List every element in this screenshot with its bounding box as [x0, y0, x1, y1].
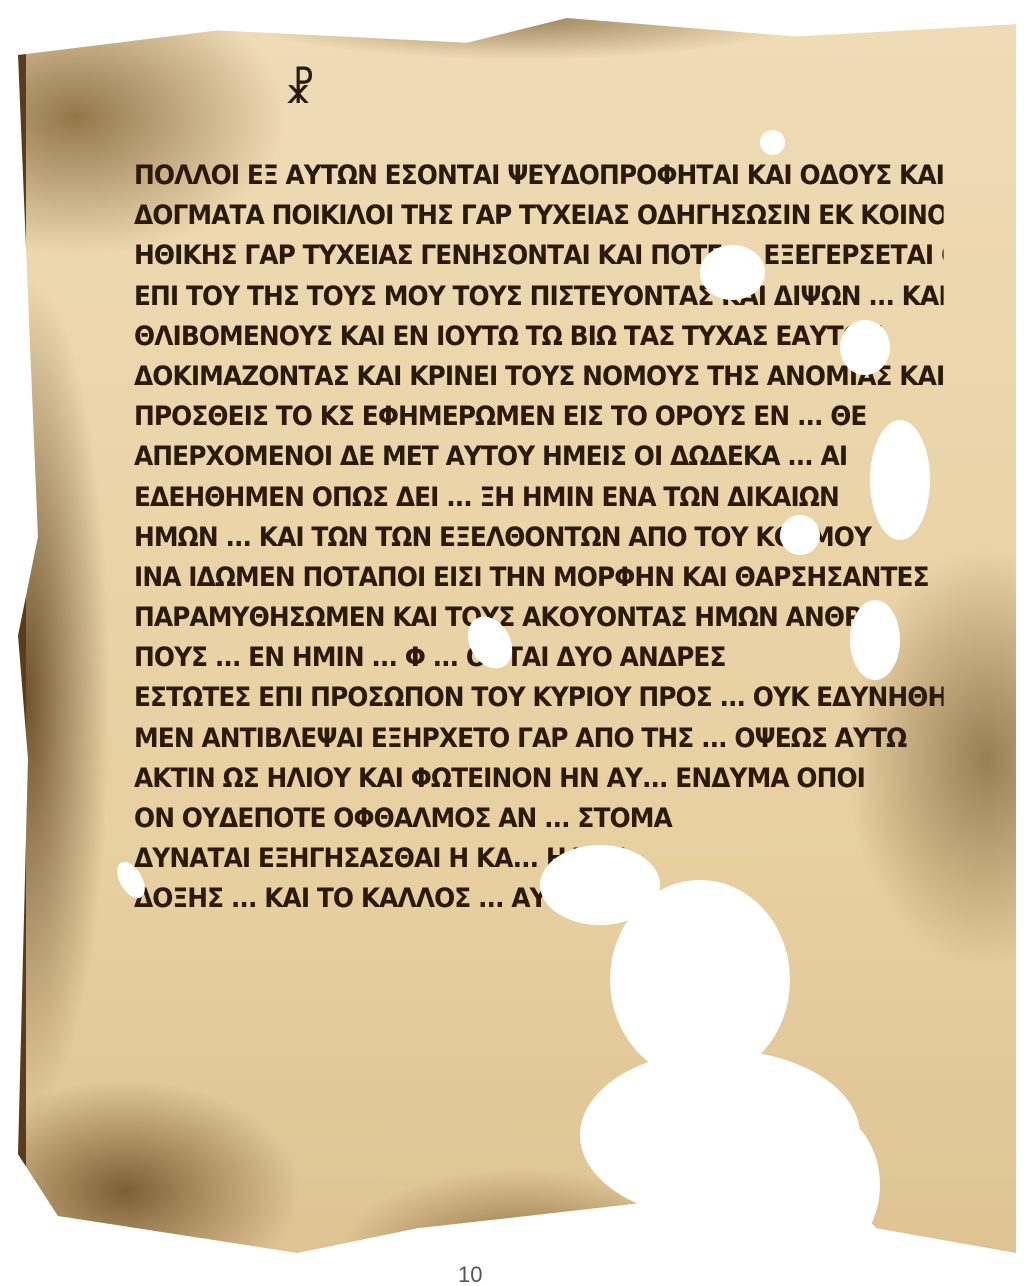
damage-hole — [700, 245, 765, 300]
text-line: ΗΜΩΝ ... ΚΑΙ ΤΩΝ ΤΩΝ ΕΞΕΛΘΟΝΤΩΝ ΑΠΟ ΤΟΥ … — [134, 518, 944, 558]
text-block: ΠΟΛΛΟΙ ΕΞ ΑΥΤΩΝ ΕΣΟΝΤΑΙ ΨΕΥΔΟΠΡΟΦΗΤΑΙ ΚΑ… — [134, 156, 1014, 920]
damage-hole — [840, 320, 890, 375]
damage-hole — [780, 515, 820, 555]
text-line: ΑΚΤΙΝ ΩΣ ΗΛΙΟΥ ΚΑΙ ΦΩΤΕΙΝΟΝ ΗΝ ΑΥ... ΕΝΔ… — [134, 759, 944, 799]
text-line: ΔΥΝΑΤΑΙ ΕΞΗΓΗΣΑΣΘΑΙ Η ΚΑ... Η ΤΗΣ — [134, 839, 944, 879]
text-line: ΔΟΞΗΣ ... ΚΑΙ ΤΟ ΚΑΛΛΟΣ ... ΑΥΤΩΝ — [134, 879, 944, 919]
text-line: ΔΟΚΙΜΑΖΟΝΤΑΣ ΚΑΙ ΚΡΙΝΕΙ ΤΟΥΣ ΝΟΜΟΥΣ ΤΗΣ … — [134, 357, 944, 397]
text-line: ΕΠΙ ΤΟΥ ΤΗΣ ΤΟΥΣ ΜΟΥ ΤΟΥΣ ΠΙΣΤΕΥΟΝΤΑΣ ΚΑ… — [134, 277, 944, 317]
damage-hole — [760, 130, 785, 155]
cross-icon: ☧ — [284, 70, 315, 110]
text-line: ΘΛΙΒΟΜΕΝΟΥΣ ΚΑΙ ΕΝ ΙΟΥΤΩ ΤΩ ΒΙΩ ΤΑΣ ΤΥΧΑ… — [134, 317, 944, 357]
page-number: 10 — [458, 1262, 482, 1286]
text-line: ΕΣΤΩΤΕΣ ΕΠΙ ΠΡΟΣΩΠΟΝ ΤΟΥ ΚΥΡΙΟΥ ΠΡΟΣ ...… — [134, 678, 944, 718]
text-line: ΟΝ ΟΥΔΕΠΟΤΕ ΟΦΘΑΛΜΟΣ ΑΝ ... ΣΤΟΜΑ — [134, 799, 944, 839]
text-line: ΠΡΟΣΘΕΙΣ ΤΟ ΚΣ ΕΦΗΜΕΡΩΜΕΝ ΕΙΣ ΤΟ ΟΡΟΥΣ Ε… — [134, 397, 944, 437]
text-line: ΗΘΙΚΗΣ ΓΑΡ ΤΥΧΕΙΑΣ ΓΕΝΗΣΟΝΤΑΙ ΚΑΙ ΠΟΤΕ .… — [134, 236, 944, 276]
damage-hole — [870, 420, 930, 540]
text-line: ΠΟΥΣ ... ΕΝ ΗΜΙΝ ... Φ ... ΟΝΤΑΙ ΔΥΟ ΑΝΔ… — [134, 638, 944, 678]
text-line: ΕΔΕΗΘΗΜΕΝ ΟΠΩΣ ΔΕΙ ... ΞΗ ΗΜΙΝ ΕΝΑ ΤΩΝ Δ… — [134, 478, 944, 518]
text-line: ΠΑΡΑΜΥΘΗΣΩΜΕΝ ΚΑΙ ΤΟΥΣ ΑΚΟΥΟΝΤΑΣ ΗΜΩΝ ΑΝ… — [134, 598, 944, 638]
text-line: ΙΝΑ ΙΔΩΜΕΝ ΠΟΤΑΠΟΙ ΕΙΣΙ ΤΗΝ ΜΟΡΦΗΝ ΚΑΙ Θ… — [134, 558, 944, 598]
damage-hole — [850, 600, 900, 680]
text-line: ΠΟΛΛΟΙ ΕΞ ΑΥΤΩΝ ΕΣΟΝΤΑΙ ΨΕΥΔΟΠΡΟΦΗΤΑΙ ΚΑ… — [134, 156, 944, 196]
damage-hole — [760, 1110, 880, 1260]
text-line: ΜΕΝ ΑΝΤΙΒΛΕΨΑΙ ΕΞΗΡΧΕΤΟ ΓΑΡ ΑΠΟ ΤΗΣ ... … — [134, 719, 944, 759]
text-line: ΔΟΓΜΑΤΑ ΠΟΙΚΙΛΟΙ ΤΗΣ ΓΑΡ ΤΥΧΕΙΑΣ ΟΔΗΓΗΣΩ… — [134, 196, 944, 236]
text-line: ΑΠΕΡΧΟΜΕΝΟΙ ΔΕ ΜΕΤ ΑΥΤΟΥ ΗΜΕΙΣ ΟΙ ΔΩΔΕΚΑ… — [134, 437, 944, 477]
